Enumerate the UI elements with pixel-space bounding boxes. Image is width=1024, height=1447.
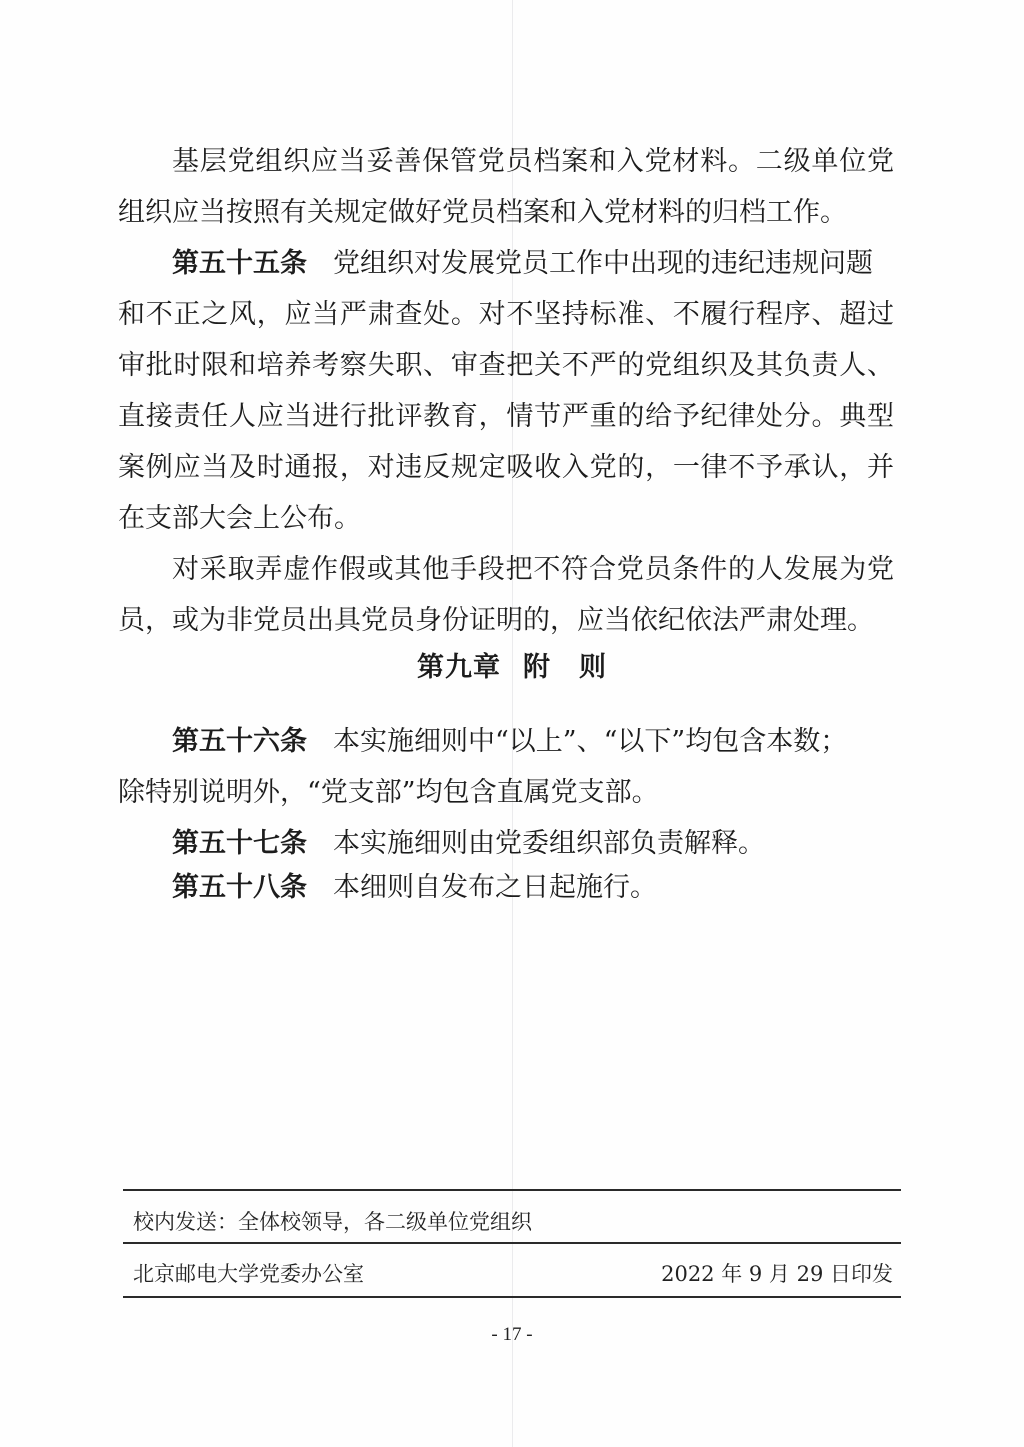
issuer: 北京邮电大学党委办公室	[133, 1262, 364, 1286]
chapter-heading: 第九章附 则	[0, 648, 1024, 688]
paragraph-line: 和不正之风，应当严肃查处。对不坚持标准、不履行程序、超过	[118, 295, 894, 335]
footer-rule-top	[123, 1189, 901, 1191]
paragraph-line: 对采取弄虚作假或其他手段把不符合党员条件的人发展为党	[172, 550, 894, 590]
article-text: 党组织对发展党员工作中出现的违纪违规问题	[333, 248, 873, 279]
article-number: 第五十八条	[172, 872, 307, 903]
article-57-line: 第五十七条本实施细则由党委组织部负责解释。	[172, 824, 894, 864]
article-text: 本实施细则中“以上”、“以下”均包含本数；	[333, 726, 847, 757]
chapter-title: 附 则	[523, 652, 607, 683]
article-56-first-line: 第五十六条本实施细则中“以上”、“以下”均包含本数；	[172, 722, 894, 762]
paragraph-line: 在支部大会上公布。	[118, 499, 894, 539]
paragraph-line: 基层党组织应当妥善保管党员档案和入党材料。二级单位党	[172, 142, 894, 182]
paragraph-line: 员，或为非党员出具党员身份证明的，应当依纪依法严肃处理。	[118, 601, 894, 641]
article-text: 本细则自发布之日起施行。	[333, 872, 657, 903]
footer-rule-bottom	[123, 1296, 901, 1298]
issuer-line: 北京邮电大学党委办公室 2022 年 9 月 29 日印发	[133, 1257, 893, 1291]
page-number: - 17 -	[0, 1324, 1024, 1346]
paragraph-line: 组织应当按照有关规定做好党员档案和入党材料的归档工作。	[118, 193, 894, 233]
chapter-number: 第九章	[417, 652, 501, 683]
distribution-line: 校内发送：全体校领导，各二级单位党组织	[133, 1205, 893, 1239]
article-number: 第五十六条	[172, 726, 307, 757]
paragraph-line: 直接责任人应当进行批评教育，情节严重的给予纪律处分。典型	[118, 397, 894, 437]
issue-date: 2022 年 9 月 29 日印发	[661, 1257, 893, 1291]
article-58-line: 第五十八条本细则自发布之日起施行。	[172, 868, 894, 908]
paragraph-line: 案例应当及时通报，对违反规定吸收入党的，一律不予承认，并	[118, 448, 894, 488]
article-number: 第五十七条	[172, 828, 307, 859]
article-number: 第五十五条	[172, 248, 307, 279]
paragraph-line: 除特别说明外，“党支部”均包含直属党支部。	[118, 773, 894, 813]
article-55-first-line: 第五十五条党组织对发展党员工作中出现的违纪违规问题	[172, 244, 894, 284]
article-text: 本实施细则由党委组织部负责解释。	[333, 828, 765, 859]
paragraph-line: 审批时限和培养考察失职、审查把关不严的党组织及其负责人、	[118, 346, 894, 386]
document-page: 基层党组织应当妥善保管党员档案和入党材料。二级单位党 组织应当按照有关规定做好党…	[0, 0, 1024, 1447]
footer-rule-middle	[123, 1242, 901, 1244]
